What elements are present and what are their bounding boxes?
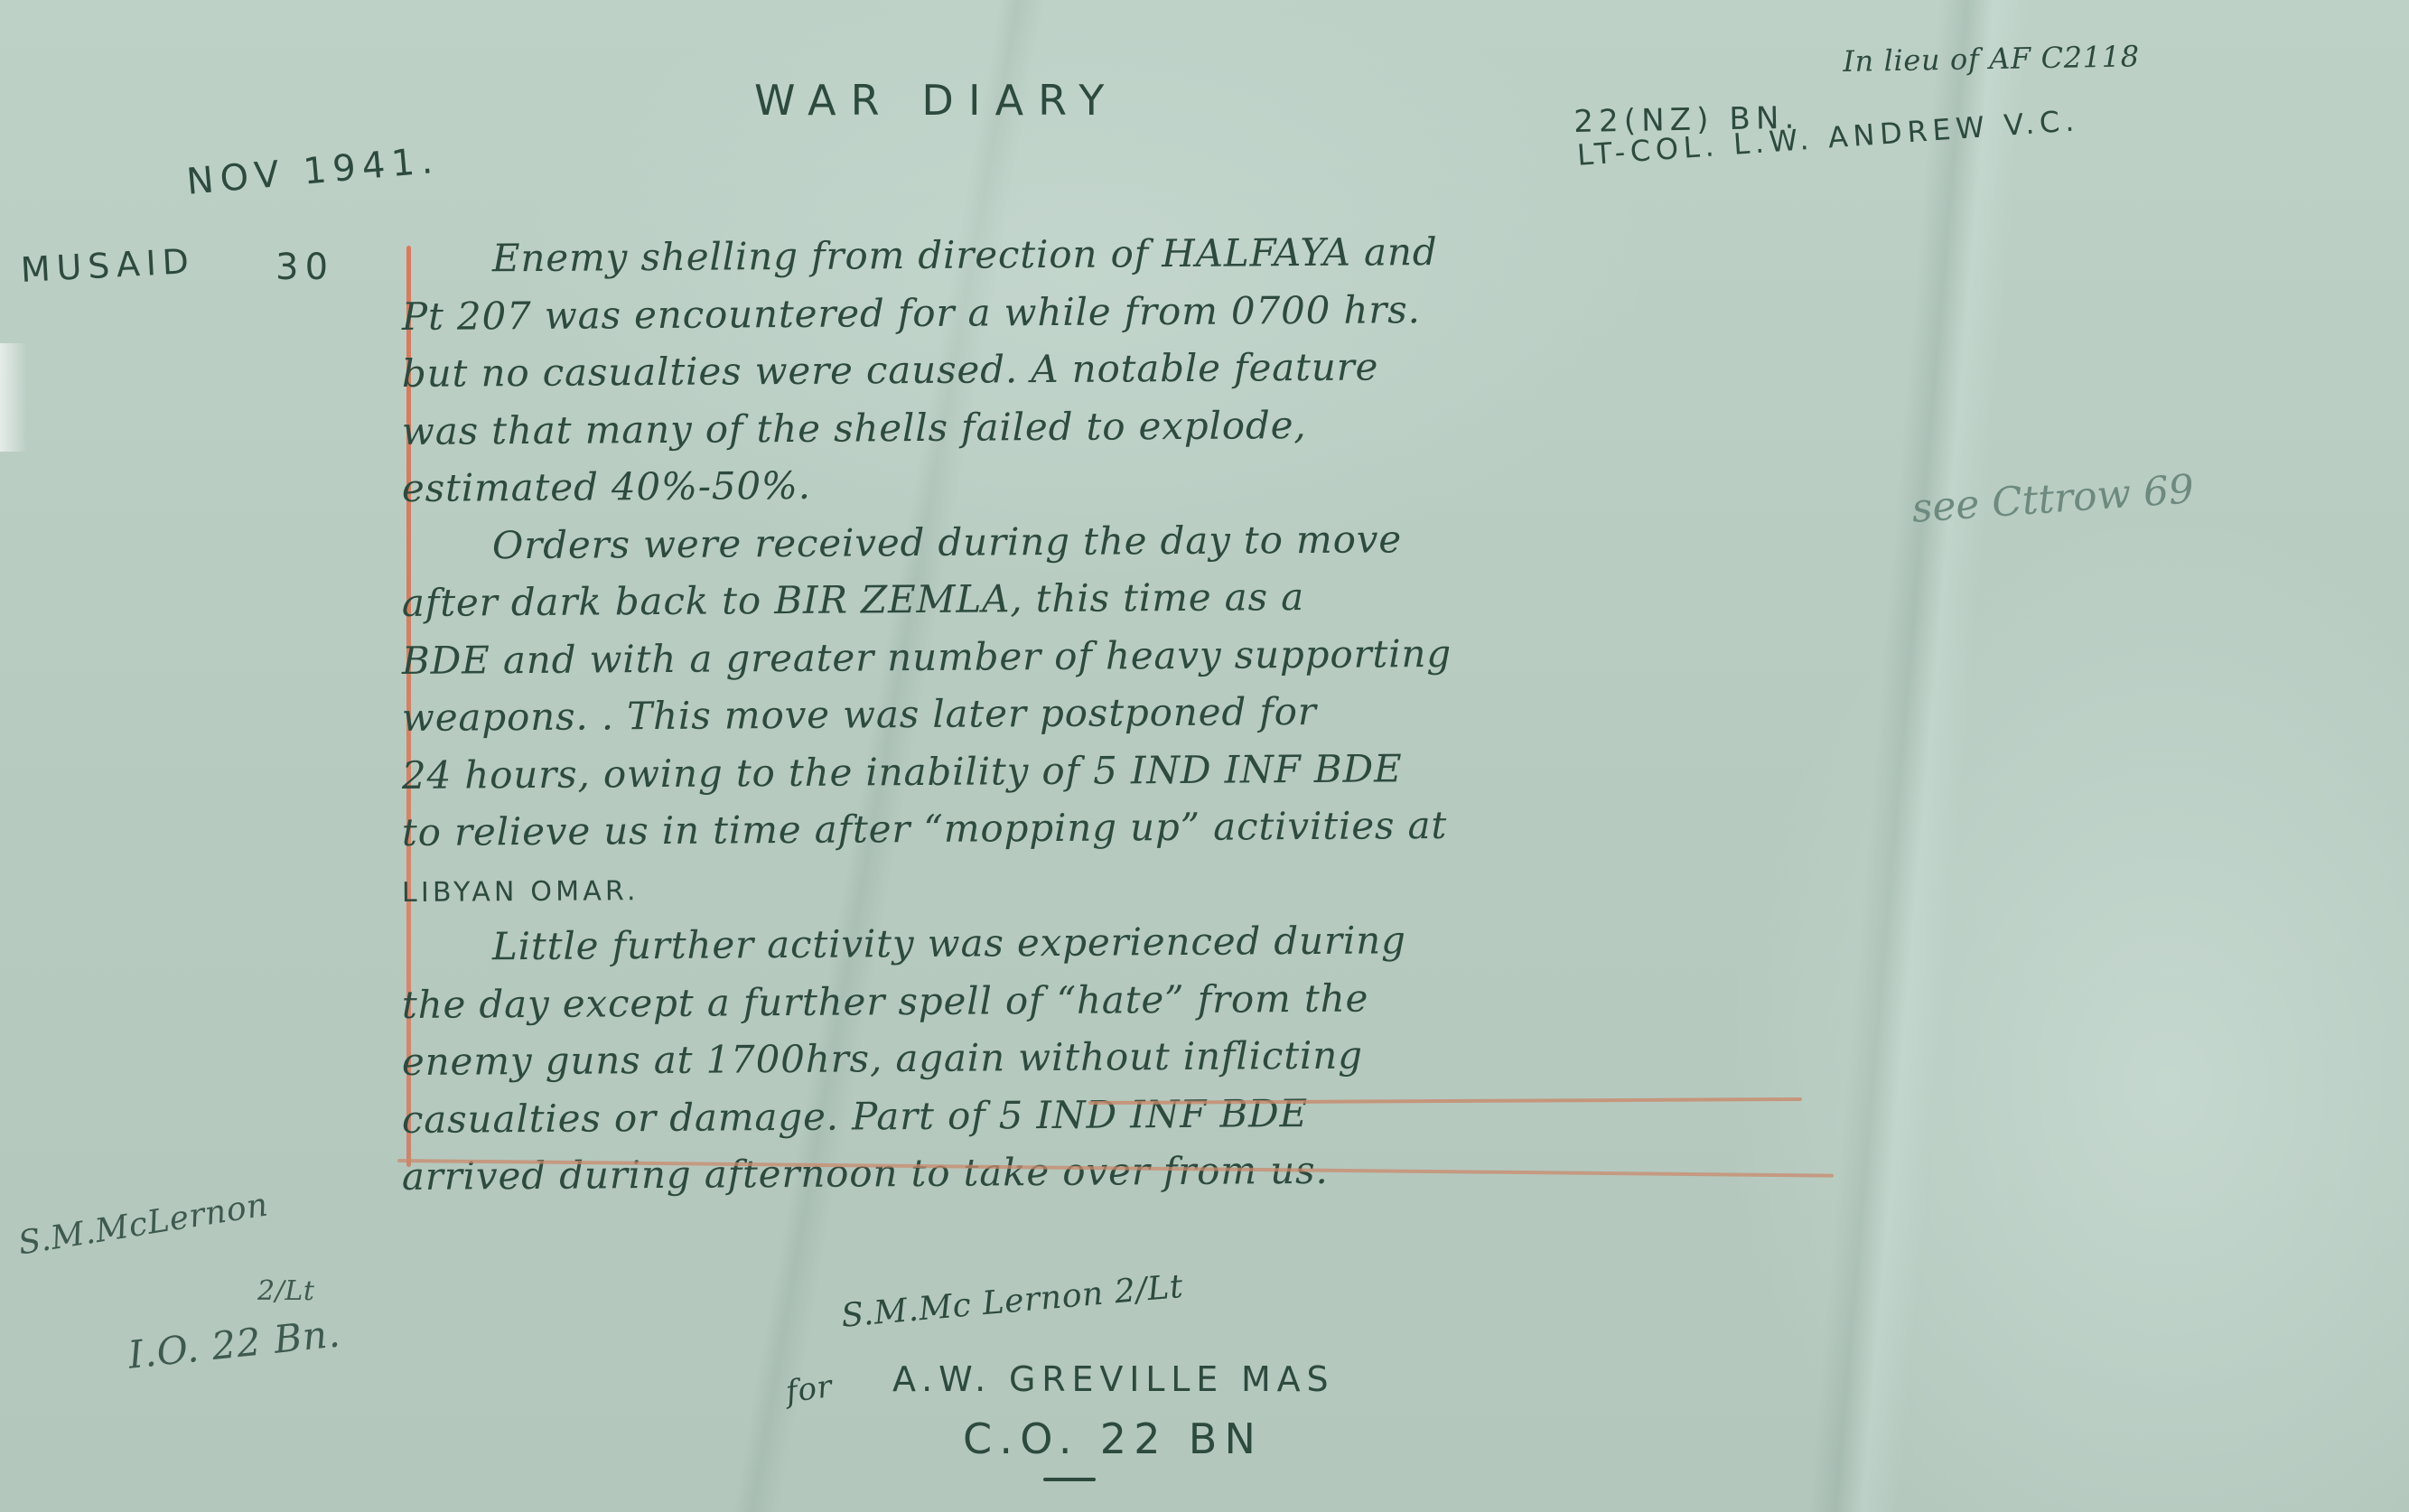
left-signature-rank: 2/Lt (257, 1278, 315, 1305)
entry-line: 24 hours, owing to the inability of 5 IN… (402, 742, 1847, 810)
entry-line: BDE and with a greater number of heavy s… (402, 628, 1847, 695)
entry-line: but no casualties were caused. A notable… (402, 341, 1847, 409)
entry-line: weapons. . This move was later postponed… (402, 686, 1847, 753)
diary-entry: Enemy shelling from direction of HALFAYA… (402, 237, 1847, 1212)
day-label: 30 (275, 249, 334, 285)
entry-line: Little further activity was experienced … (402, 915, 1847, 983)
form-note: In lieu of AF C2118 (1843, 42, 2140, 76)
place-label: MUSAID (20, 244, 196, 287)
paper-crease (0, 343, 27, 452)
entry-line: the day except a further spell of “hate”… (402, 972, 1847, 1040)
entry-line: arrived during afternoon to take over fr… (402, 1144, 1847, 1212)
entry-line: was that many of the shells failed to ex… (402, 398, 1847, 466)
center-signature-for: for (784, 1371, 835, 1408)
entry-line: Orders were received during the day to m… (402, 513, 1847, 581)
entry-line: enemy guns at 1700hrs, again without inf… (402, 1030, 1847, 1097)
entry-line: estimated 40%-50%. (402, 456, 1847, 524)
entry-line: Pt 207 was encountered for a while from … (402, 284, 1847, 351)
center-signature-role: C.O. 22 BN (963, 1418, 1263, 1460)
entry-line: casualties or damage. Part of 5 IND INF … (402, 1087, 1847, 1154)
entry-line: to relieve us in time after “mopping up”… (402, 800, 1847, 868)
entry-line: LIBYAN OMAR. (402, 857, 1847, 925)
center-signature-name: A.W. GREVILLE MAS (892, 1362, 1334, 1396)
document-title: WAR DIARY (754, 79, 1119, 121)
entry-line: after dark back to BIR ZEMLA, this time … (402, 571, 1847, 639)
entry-line: Enemy shelling from direction of HALFAYA… (402, 227, 1847, 294)
signature-dash (1043, 1478, 1096, 1481)
